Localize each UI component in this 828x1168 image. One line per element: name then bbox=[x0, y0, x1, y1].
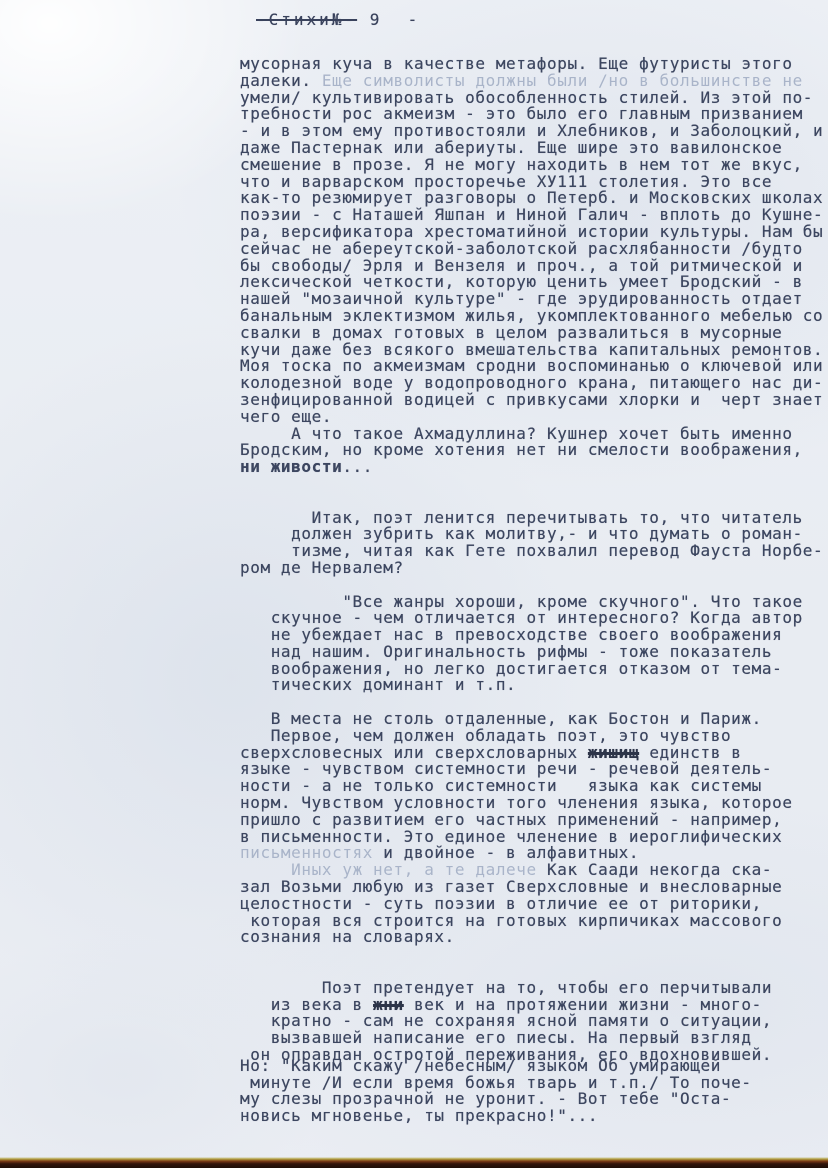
text-segment: ни живости bbox=[240, 457, 342, 476]
text-line bbox=[240, 476, 828, 493]
text-segment: тических доминант и т.п. bbox=[240, 675, 516, 694]
text-line: новись мгновенье, ты прекрасно!"... bbox=[240, 1108, 828, 1125]
text-line: сознания на словарях. bbox=[240, 929, 828, 946]
scanned-page: { "page": { "header": { "segments": [ { … bbox=[0, 0, 828, 1168]
text-segment: сознания на словарях. bbox=[240, 927, 455, 946]
text-line: ни живости... bbox=[240, 459, 828, 476]
text-segment: ром де Нервалем? bbox=[240, 558, 404, 577]
text-line: ром де Нервалем? bbox=[240, 560, 828, 577]
text-segment: ... bbox=[342, 457, 373, 476]
text-segment: 9 - bbox=[357, 10, 420, 29]
text-line: тических доминант и т.п. bbox=[240, 677, 828, 694]
page-header: -Стихи№- 9 - bbox=[256, 10, 420, 30]
text-segment: новись мгновенье, ты прекрасно!"... bbox=[240, 1106, 598, 1125]
scan-edge-bottom bbox=[0, 1157, 828, 1168]
text-segment: -Стихи№- bbox=[256, 10, 357, 29]
text-line bbox=[240, 946, 828, 963]
text-block: мусорная куча в качестве метафоры. Еще ф… bbox=[240, 56, 828, 1125]
